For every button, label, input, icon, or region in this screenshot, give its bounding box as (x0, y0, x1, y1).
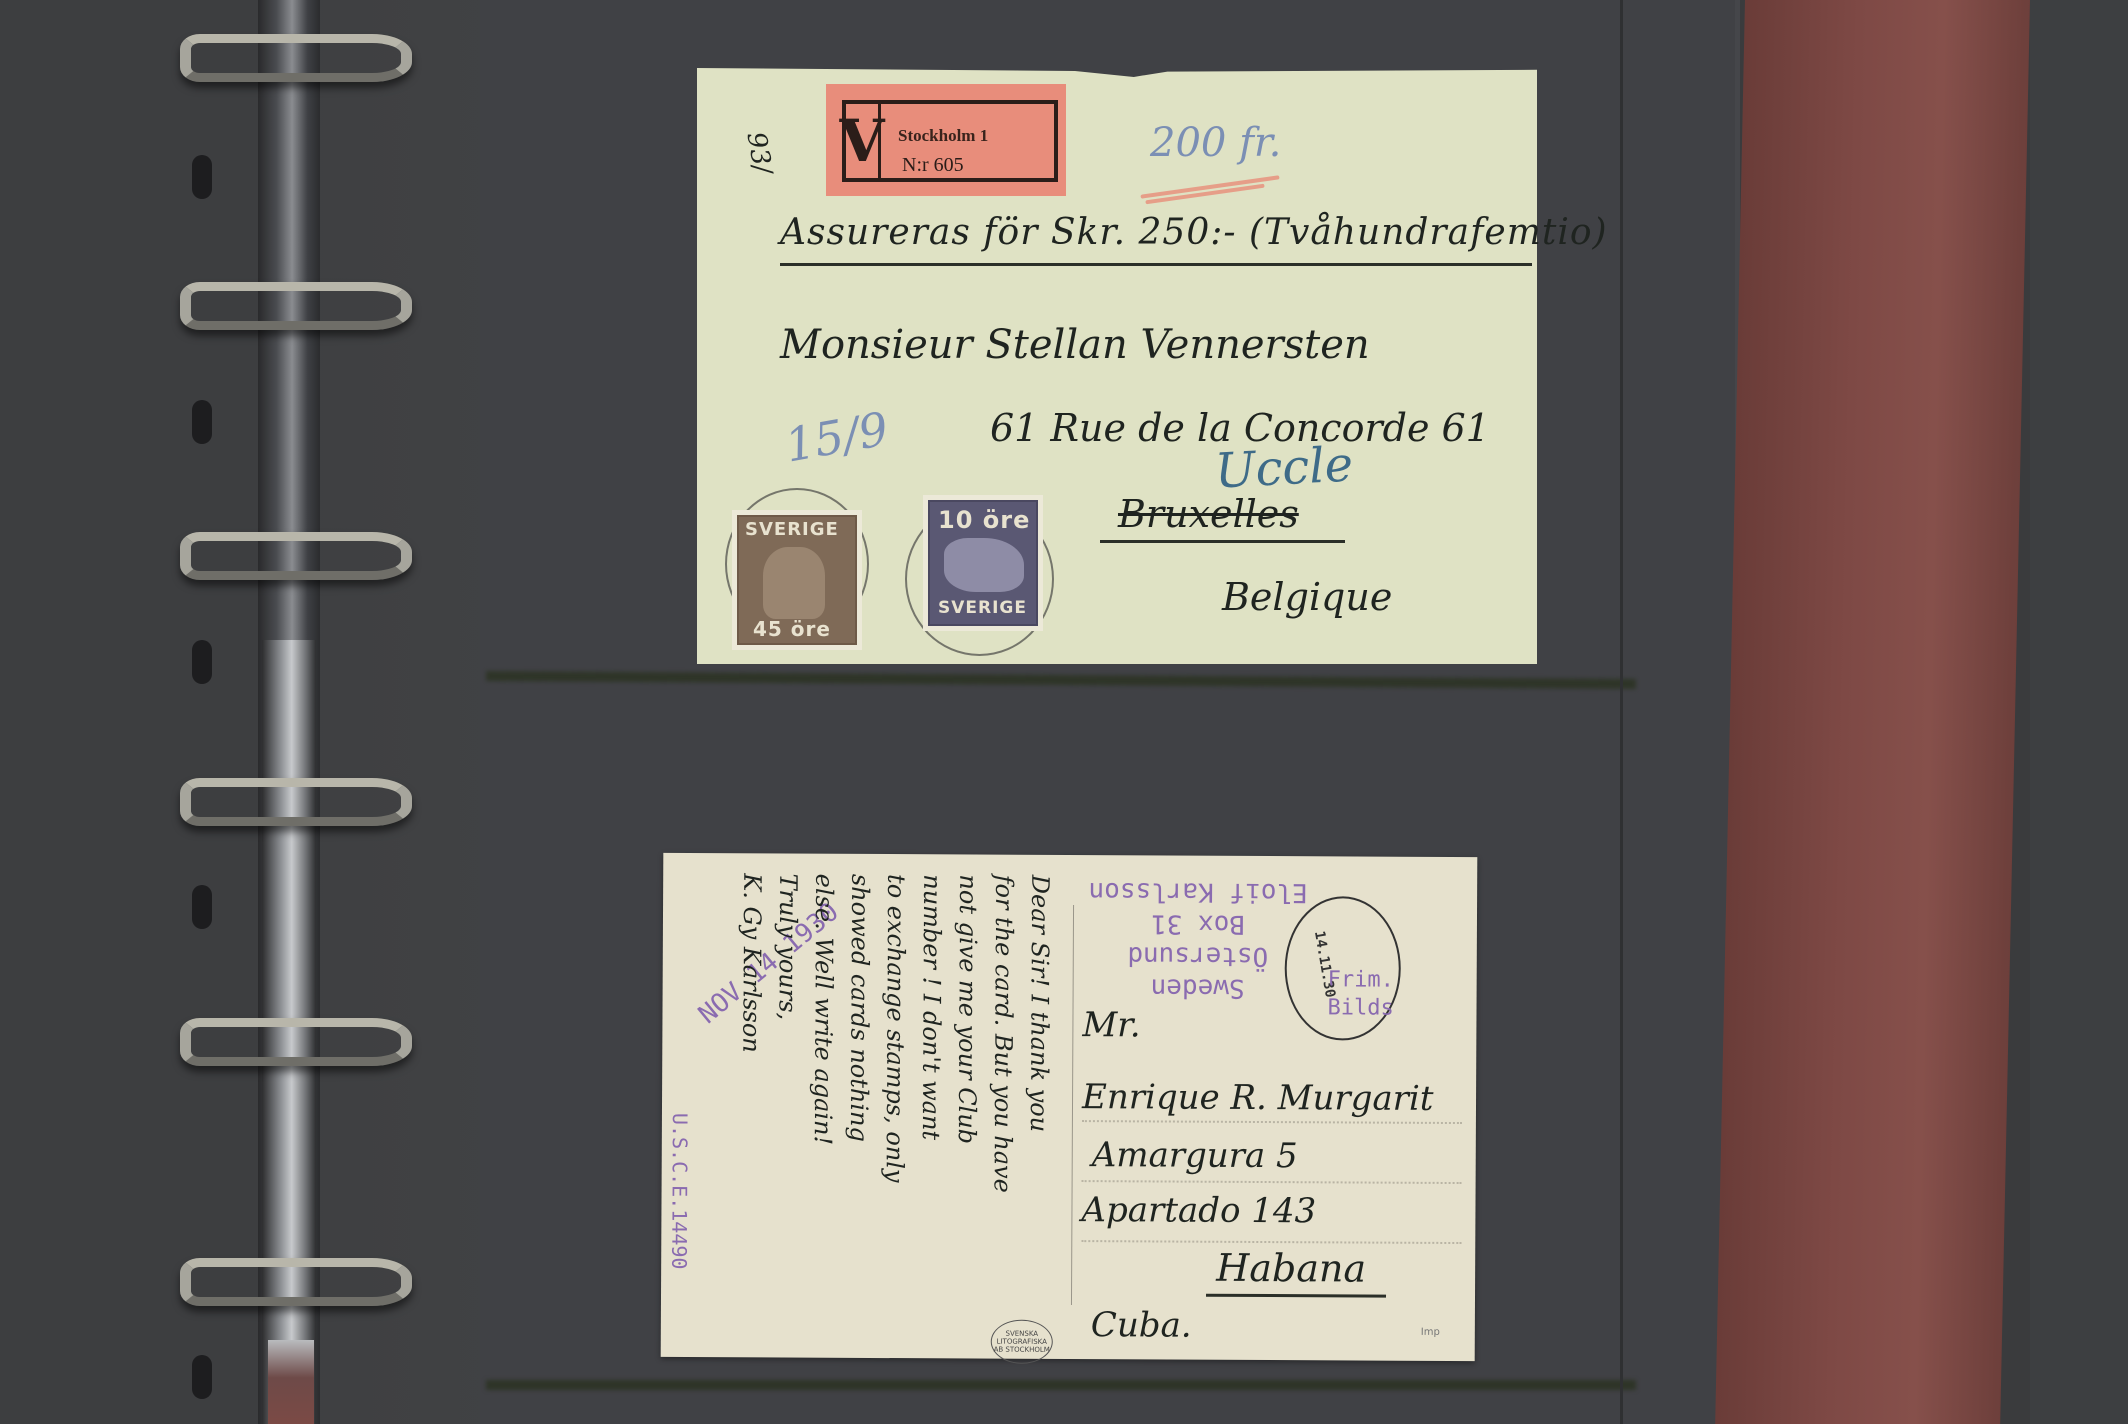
stockcard-strip-divider (486, 1380, 1636, 1390)
stamp-denomination: 45 öre (753, 617, 831, 641)
message-line: for the card. But you have (984, 875, 1022, 1315)
address-line-1: Monsieur Stellan Vennersten (780, 322, 1370, 368)
postcard[interactable]: NOV 14 1930 Sweden Östersund Box 31 Eloi… (661, 853, 1478, 1361)
pc-address-country: Cuba. (1091, 1305, 1192, 1346)
address-dotted-line (1081, 1240, 1461, 1244)
punch-hole (192, 1355, 212, 1399)
message-line: showed cards nothing (840, 874, 878, 1314)
punch-hole (192, 640, 212, 684)
message-line: K. Gy Karlsson (732, 873, 770, 1313)
message-line: not give me your Club (948, 874, 986, 1314)
sender-name: Eloif Karlsson (1043, 875, 1353, 909)
pc-address-line-1: Enrique R. Murgarit (1082, 1077, 1434, 1119)
catalog-handstamp: U.S.C.E.14490 (667, 1113, 692, 1270)
city-underline (1100, 540, 1345, 543)
king-portrait-icon (763, 547, 825, 619)
punch-hole (192, 885, 212, 929)
album-cover-edge (2030, 0, 2128, 1424)
imprint-mark: Imp (1421, 1327, 1440, 1338)
printer-mark: SVENSKA LITOGRAFISKA AB STOCKHOLM (991, 1320, 1053, 1364)
stamp-10-ore[interactable]: 10 öre SVERIGE (928, 500, 1038, 626)
insurance-line: Assureras för Skr. 250:- (Tvåhundrafemti… (780, 212, 1608, 253)
city-underline (1206, 1294, 1386, 1298)
overwritten-district: Uccle (1214, 436, 1355, 499)
stamp-denomination: 10 öre (938, 506, 1030, 534)
binder-clip (268, 1340, 314, 1424)
message-line: to exchange stamps, only (876, 874, 914, 1314)
message-line: Truly yours, (768, 873, 806, 1313)
binder-ring (180, 532, 412, 580)
registration-office: Stockholm 1 (898, 126, 988, 146)
binder-ring (180, 1018, 412, 1066)
registration-label: V Stockholm 1 N:r 605 (826, 84, 1066, 196)
address-city: Bruxelles (1118, 492, 1299, 536)
stamp-country: SVERIGE (938, 598, 1027, 618)
sheet-edge (1620, 0, 1623, 1424)
insurance-underline (780, 263, 1532, 266)
pc-address-line-2: Amargura 5 (1092, 1135, 1298, 1176)
binder-ring (180, 778, 412, 826)
binder-ring (180, 34, 412, 82)
bilds-label: Bilds (1327, 994, 1393, 1022)
frim-label: Frim. (1328, 966, 1394, 994)
punch-hole (192, 400, 212, 444)
salutation: Mr. (1082, 1005, 1140, 1045)
pc-address-line-3: Apartado 143 (1081, 1190, 1316, 1231)
registration-number: N:r 605 (902, 154, 964, 177)
binder-ring (180, 1258, 412, 1306)
message-line: Dear Sir! I thank you (1020, 875, 1058, 1315)
message-line: number ! I don't want (912, 874, 950, 1314)
message-line: else. Well write again! (804, 874, 842, 1314)
address-dotted-line (1082, 1180, 1462, 1184)
stamp-45-ore[interactable]: SVERIGE 45 öre (737, 515, 857, 645)
address-country: Belgique (1222, 575, 1392, 619)
album-cover-strap (1715, 0, 2030, 1424)
pc-address-city: Habana (1216, 1246, 1366, 1291)
stamp-country: SVERIGE (745, 519, 839, 540)
address-dotted-line (1082, 1120, 1462, 1124)
punch-hole (192, 155, 212, 199)
registration-letter: V (846, 104, 881, 178)
message-block: Dear Sir! I thank you for the card. But … (732, 873, 1058, 1315)
lion-icon (944, 538, 1024, 592)
value-note: 200 fr. (1150, 120, 1281, 166)
binder-ring (180, 282, 412, 330)
album-binding-margin (0, 0, 260, 1424)
